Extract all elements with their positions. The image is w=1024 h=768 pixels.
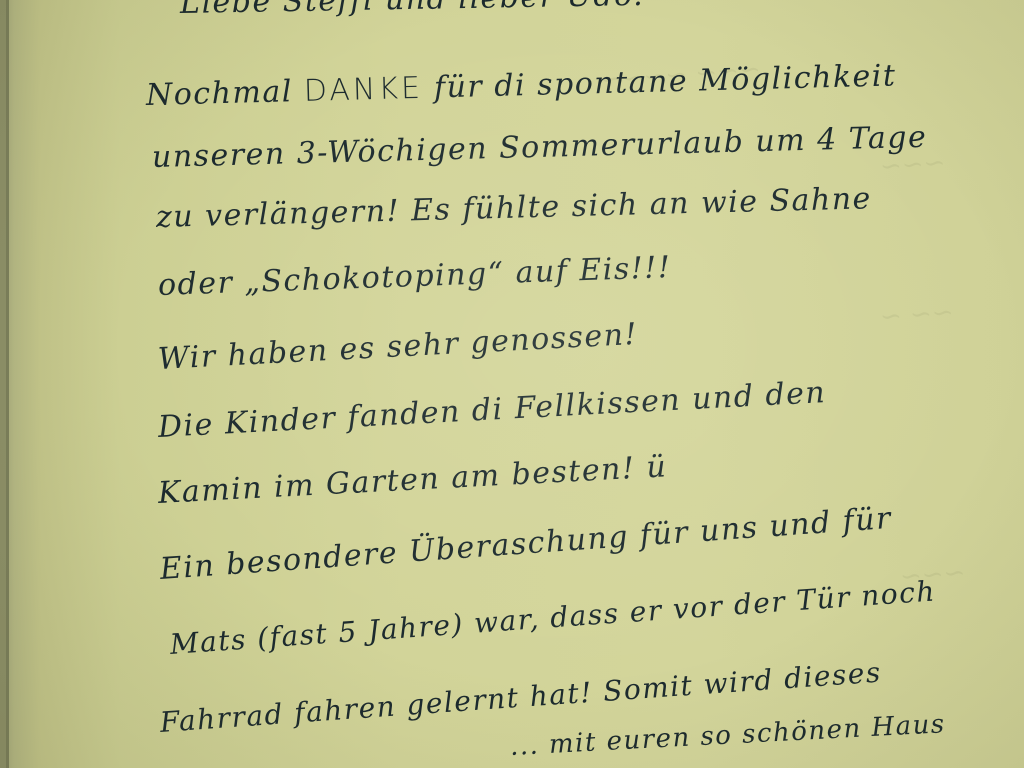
photo-vignette: [0, 0, 1024, 768]
letter-line-2: unseren 3-Wöchigen Sommerurlaub um 4 Tag…: [152, 120, 928, 175]
show-through-text: ~~ ~: [879, 297, 955, 332]
letter-line-6: Die Kinder fanden di Fellkissen und den: [157, 375, 827, 445]
letter-line-5: Wir haben es sehr genossen!: [157, 317, 639, 377]
page-binding: [6, 0, 9, 768]
letter-line-7: Kamin im Garten am besten! ü: [157, 449, 668, 511]
line-1-post: für di spontane Möglichkeit: [423, 58, 897, 105]
line-1-pre: Nochmal: [146, 74, 305, 113]
danke-emphasis: DANKE: [303, 71, 423, 109]
letter-line-8: Ein besondere Überaschung für uns und fü…: [159, 501, 893, 587]
letter-line-11: ... mit euren so schönen Haus: [509, 709, 946, 762]
letter-line-4: oder „Schokotoping“ auf Eis!!!: [157, 250, 672, 303]
greeting: Liebe Steffi und lieber Udo!: [180, 0, 648, 21]
letter-line-3: zu verlängern! Es fühlte sich an wie Sah…: [156, 181, 873, 235]
letter-line-1: Nochmal DANKE für di spontane Möglichkei…: [146, 58, 897, 113]
letter-line-9: Mats (fast 5 Jahre) war, dass er vor der…: [169, 574, 937, 660]
